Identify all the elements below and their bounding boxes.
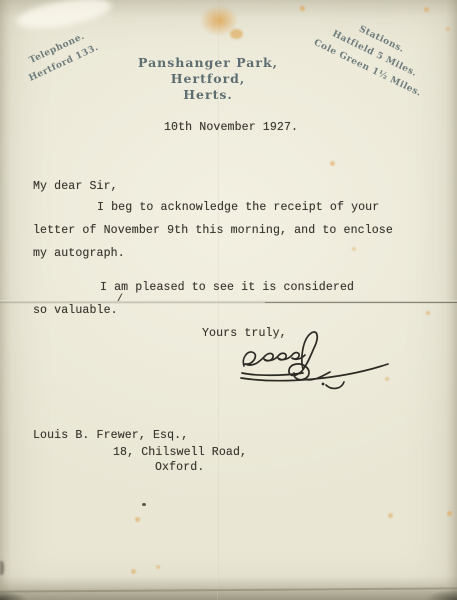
foxing-stain	[230, 29, 243, 39]
recipient-line: Louis B. Frewer, Esq.,	[33, 429, 188, 443]
ink-speck	[142, 503, 146, 506]
foxing-stain	[300, 6, 305, 11]
body-line: I beg to acknowledge the receipt of your	[97, 201, 379, 215]
letterhead-line: Panshanger Park,	[88, 55, 328, 71]
letterhead-line: Hertford,	[88, 71, 328, 87]
paper-edge-shadow	[425, 589, 457, 600]
letterhead: Panshanger Park, Hertford, Herts.	[88, 55, 328, 103]
body-line: I am pleased to see it is considered	[100, 281, 354, 295]
foxing-stain	[388, 513, 393, 518]
recipient-line: Oxford.	[155, 461, 204, 475]
paper-edge-shadow	[0, 591, 28, 600]
foxing-stain	[156, 565, 160, 569]
body-line: my autograph.	[33, 247, 125, 261]
foxing-stain	[447, 511, 452, 516]
foxing-stain	[352, 247, 356, 251]
letterhead-line: Herts.	[88, 87, 328, 103]
fold-line-horizontal	[265, 302, 457, 303]
fold-line-bottom	[0, 587, 457, 592]
body-line: so valuable.	[33, 304, 118, 318]
handwritten-signature	[240, 327, 400, 395]
foxing-stain	[426, 311, 430, 315]
typed-insertion-mark: /	[117, 293, 123, 307]
letter-scan: Telephone. Hertford 133. Panshanger Park…	[0, 0, 457, 600]
foxing-stain	[135, 517, 140, 522]
foxing-stain	[131, 569, 136, 574]
body-line: letter of November 9th this morning, and…	[33, 224, 393, 238]
paper-edge-shadow	[0, 561, 4, 575]
salutation: My dear Sir,	[33, 180, 118, 194]
letter-date: 10th November 1927.	[164, 121, 298, 135]
foxing-stain	[424, 7, 429, 12]
foxing-stain	[330, 161, 335, 166]
recipient-line: 18, Chilswell Road,	[113, 446, 247, 460]
foxing-stain	[446, 27, 450, 31]
